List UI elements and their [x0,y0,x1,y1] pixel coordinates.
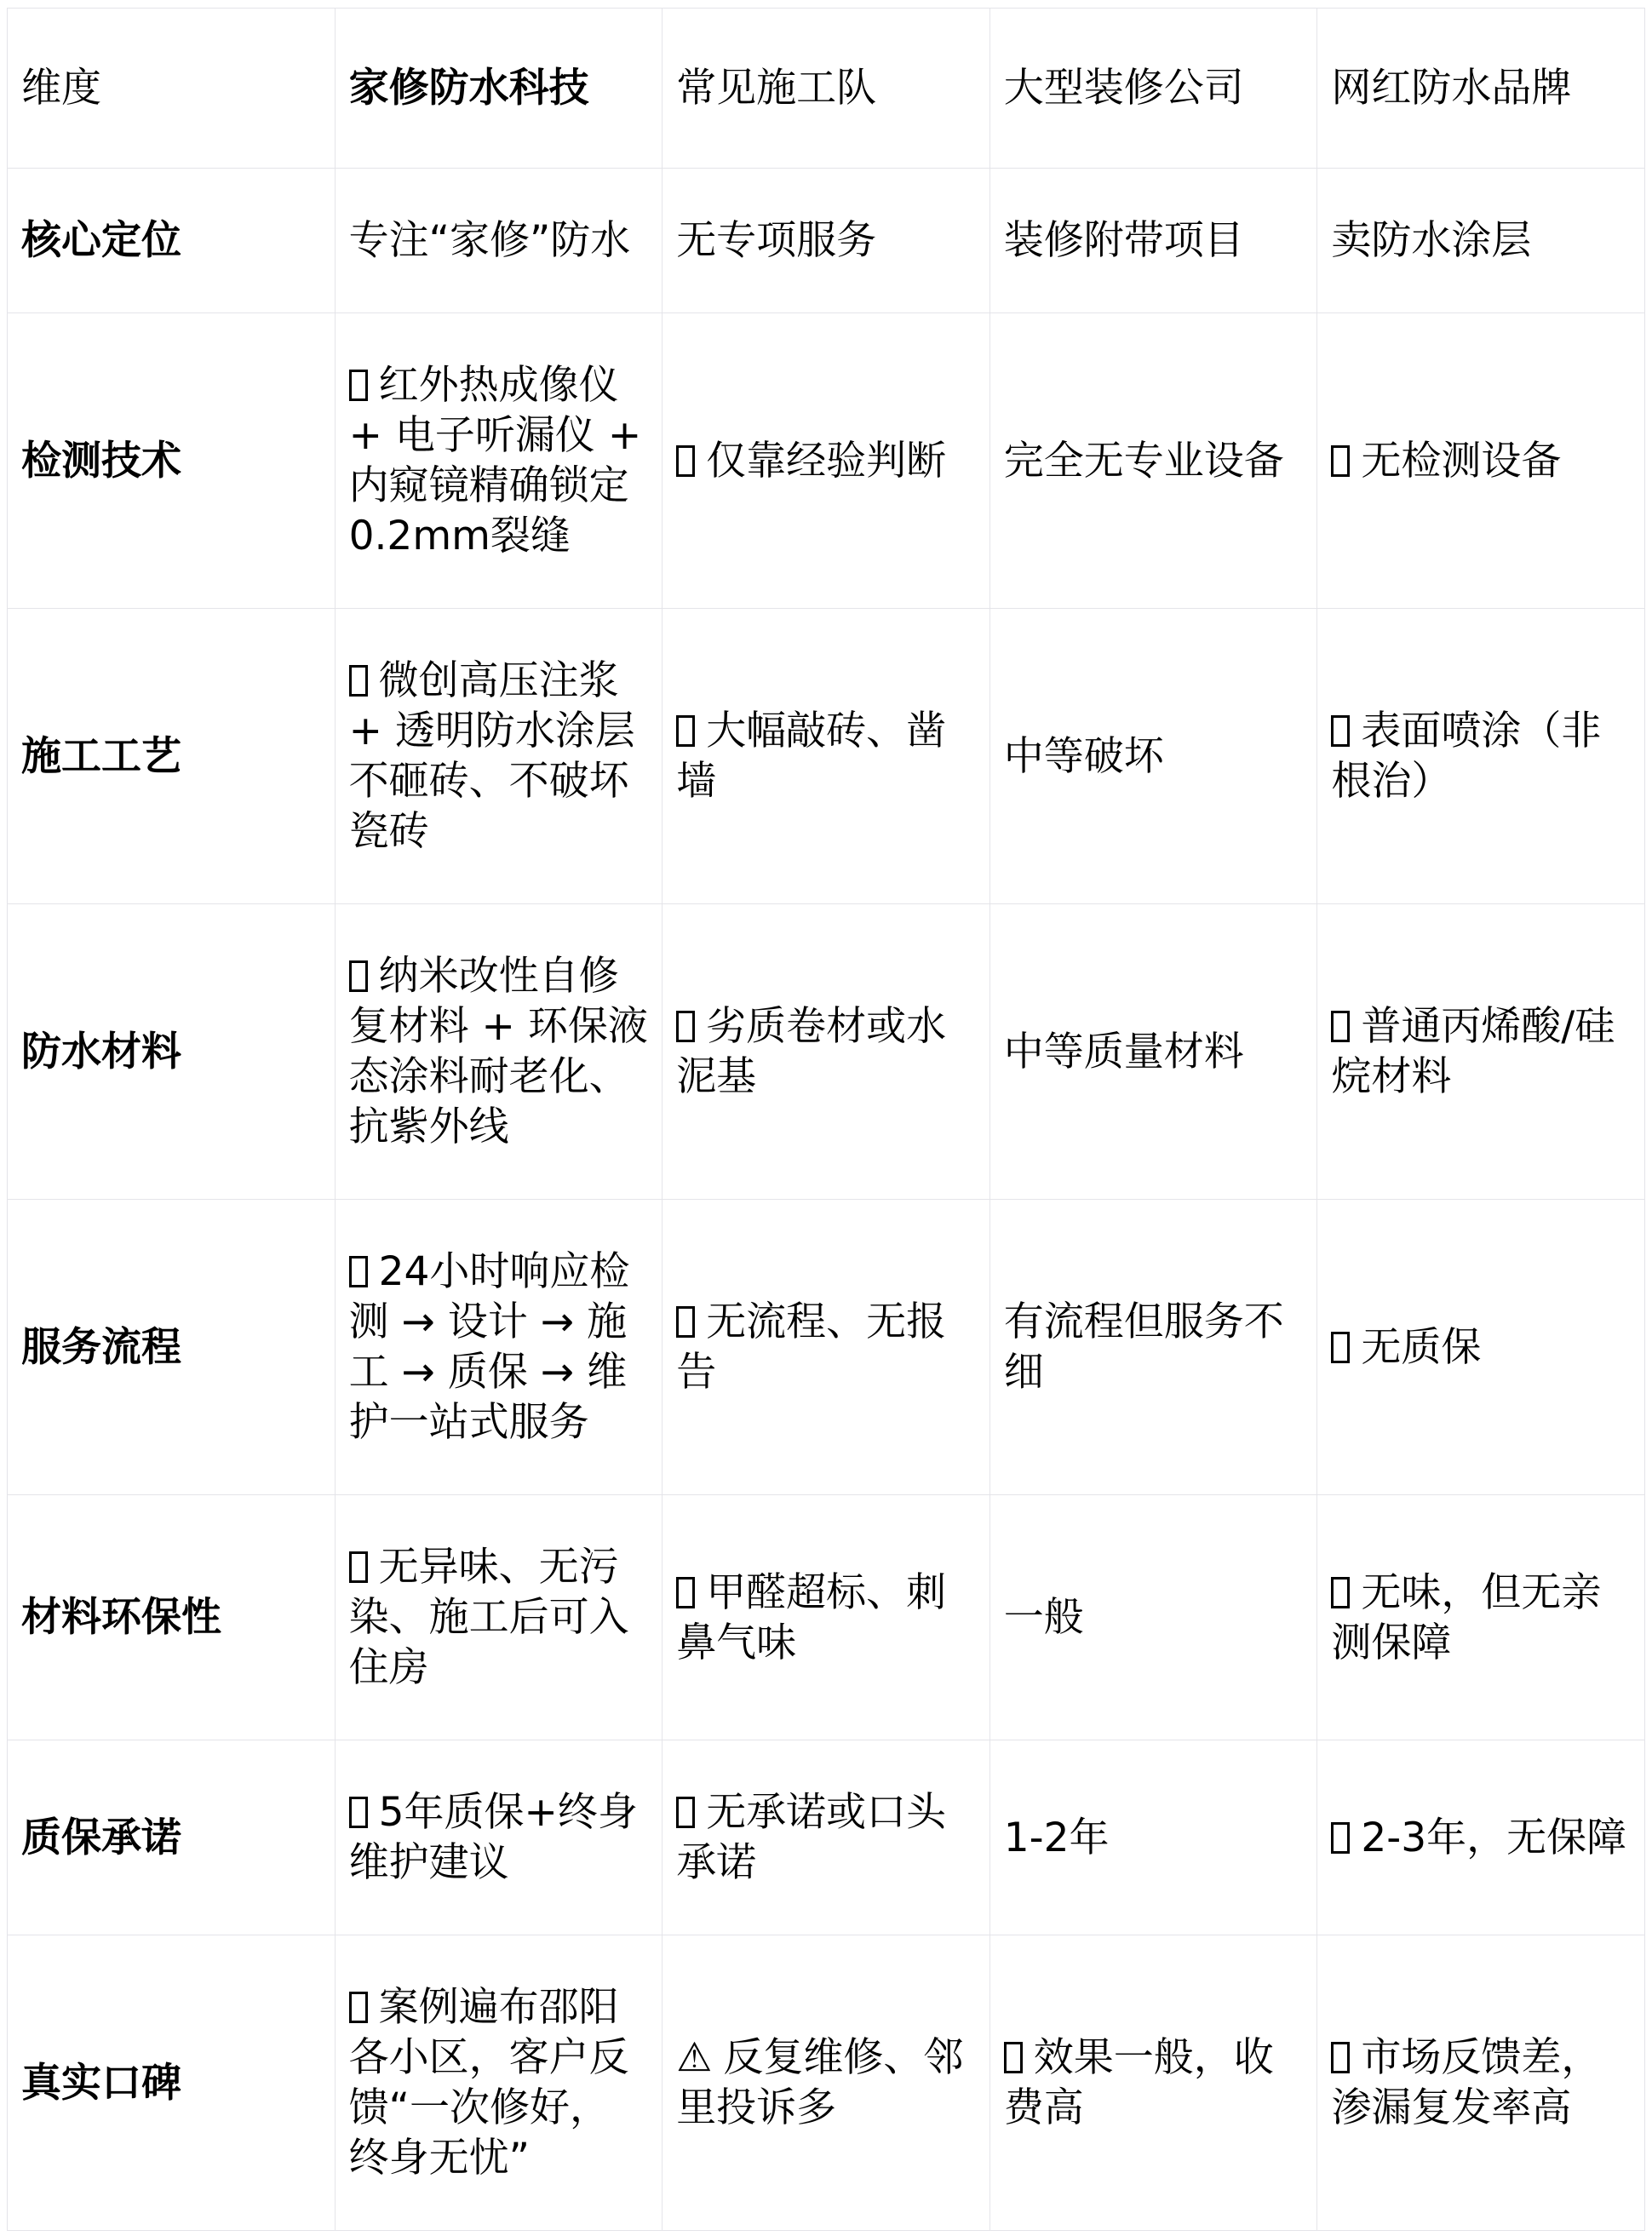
table-row: 材料环保性无异味、无污染、施工后可入住房甲醛超标、刺鼻气味一般无味，但无亲测保障 [8,1495,1645,1740]
cell-text: 红外热成像仪 + 电子听漏仪 + 内窥镜精确锁定0.2mm裂缝 [349,362,642,559]
cell-text: 普通丙烯酸/硅烷材料 [1331,1003,1615,1100]
cell-text: 市场反馈差，渗漏复发率高 [1331,2034,1601,2131]
missing-glyph-icon [676,1797,695,1828]
cell: 2-3年，无保障 [1317,1740,1645,1935]
missing-glyph-icon [349,1256,368,1287]
cell-text: 装修附带项目 [1004,217,1244,264]
cell: 完全无专业设备 [989,313,1317,609]
missing-glyph-icon [349,1992,368,2023]
cell: 中等破坏 [989,609,1317,904]
row-label: 核心定位 [8,169,336,313]
cell: 无专项服务 [663,169,990,313]
row-label: 检测技术 [8,313,336,609]
missing-glyph-icon [1331,1011,1350,1042]
missing-glyph-icon [676,715,695,747]
cell: 1-2年 [989,1740,1317,1935]
cell: 无异味、无污染、施工后可入住房 [335,1495,663,1740]
row-label-text: 防水材料 [21,1029,181,1075]
table-row: 施工工艺微创高压注浆 + 透明防水涂层不砸砖、不破坏瓷砖大幅敲砖、凿墙中等破坏表… [8,609,1645,904]
missing-glyph-icon [349,665,368,697]
missing-glyph-icon [1331,1822,1350,1854]
cell-text: 甲醛超标、刺鼻气味 [676,1569,946,1666]
warning-icon: ⚠ [676,2034,712,2081]
cell-text: 无异味、无污染、施工后可入住房 [349,1544,629,1691]
cell: 无检测设备 [1317,313,1645,609]
column-header-label: 常见施工队 [676,65,876,112]
missing-glyph-icon [349,1551,368,1583]
row-label: 施工工艺 [8,609,336,904]
missing-glyph-icon [676,1306,695,1338]
cell: 装修附带项目 [989,169,1317,313]
cell: 纳米改性自修复材料 + 环保液态涂料耐老化、抗紫外线 [335,904,663,1200]
row-label-text: 真实口碑 [21,2060,181,2107]
cell: 无质保 [1317,1200,1645,1495]
cell: 卖防水涂层 [1317,169,1645,313]
cell-text: 无流程、无报告 [676,1299,946,1396]
missing-glyph-icon [1331,2042,1350,2073]
missing-glyph-icon [676,445,695,477]
cell-text: 无检测设备 [1361,438,1561,484]
cell: 无流程、无报告 [663,1200,990,1495]
table-row: 质保承诺5年质保+终身维护建议无承诺或口头承诺1-2年2-3年，无保障 [8,1740,1645,1935]
page: 维度家修防水科技常见施工队大型装修公司网红防水品牌 核心定位专注“家修”防水无专… [0,0,1652,2236]
missing-glyph-icon [349,1797,368,1828]
column-header-label: 维度 [21,65,101,112]
row-label: 质保承诺 [8,1740,336,1935]
header-row: 维度家修防水科技常见施工队大型装修公司网红防水品牌 [8,9,1645,169]
column-header-1: 家修防水科技 [335,9,663,169]
cell-text: 表面喷涂（非根治） [1331,708,1601,805]
cell: 大幅敲砖、凿墙 [663,609,990,904]
cell: 无承诺或口头承诺 [663,1740,990,1935]
cell: 一般 [989,1495,1317,1740]
cell-text: 1-2年 [1004,1815,1110,1861]
cell-text: 2-3年，无保障 [1361,1815,1626,1861]
cell-text: 5年质保+终身维护建议 [349,1789,638,1886]
table-row: 真实口碑案例遍布邵阳各小区，客户反馈“一次修好，终身无忧”⚠反复维修、邻里投诉多… [8,1935,1645,2231]
row-label-text: 材料环保性 [21,1594,221,1641]
table-row: 防水材料纳米改性自修复材料 + 环保液态涂料耐老化、抗紫外线劣质卷材或水泥基中等… [8,904,1645,1200]
row-label-text: 质保承诺 [21,1815,181,1861]
row-label-text: 核心定位 [21,217,181,264]
cell-text: 中等质量材料 [1004,1029,1244,1075]
cell-text: 案例遍布邵阳各小区，客户反馈“一次修好，终身无忧” [349,1984,629,2182]
cell-text: 中等破坏 [1004,733,1164,780]
column-header-2: 常见施工队 [663,9,990,169]
cell: 专注“家修”防水 [335,169,663,313]
missing-glyph-icon [349,960,368,992]
cell-text: 完全无专业设备 [1004,438,1284,484]
cell-text: 一般 [1004,1594,1084,1641]
cell: 效果一般，收费高 [989,1935,1317,2231]
cell-text: 无质保 [1361,1324,1481,1371]
cell-text: 专注“家修”防水 [349,217,631,264]
missing-glyph-icon [349,370,368,401]
cell: 甲醛超标、刺鼻气味 [663,1495,990,1740]
cell-text: 仅靠经验判断 [706,438,946,484]
cell-text: 无承诺或口头承诺 [676,1789,946,1886]
table-row: 服务流程24小时响应检测 → 设计 → 施工 → 质保 → 维护一站式服务无流程… [8,1200,1645,1495]
table-body: 核心定位专注“家修”防水无专项服务装修附带项目卖防水涂层检测技术红外热成像仪 +… [8,169,1645,2231]
missing-glyph-icon [1331,1332,1350,1363]
missing-glyph-icon [1331,715,1350,747]
table-row: 核心定位专注“家修”防水无专项服务装修附带项目卖防水涂层 [8,169,1645,313]
cell: 无味，但无亲测保障 [1317,1495,1645,1740]
column-header-label: 大型装修公司 [1004,65,1244,112]
missing-glyph-icon [676,1011,695,1042]
row-label-text: 服务流程 [21,1324,181,1371]
row-label: 防水材料 [8,904,336,1200]
column-header-label: 网红防水品牌 [1331,65,1571,112]
cell: 市场反馈差，渗漏复发率高 [1317,1935,1645,2231]
cell-text: 效果一般，收费高 [1004,2034,1274,2131]
cell: 表面喷涂（非根治） [1317,609,1645,904]
cell: 有流程但服务不细 [989,1200,1317,1495]
row-label: 服务流程 [8,1200,336,1495]
cell: ⚠反复维修、邻里投诉多 [663,1935,990,2231]
row-label-text: 检测技术 [21,438,181,484]
cell-text: 无专项服务 [676,217,876,264]
cell-text: 大幅敲砖、凿墙 [676,708,946,805]
missing-glyph-icon [1331,445,1350,477]
comparison-table: 维度家修防水科技常见施工队大型装修公司网红防水品牌 核心定位专注“家修”防水无专… [7,8,1645,2231]
cell: 红外热成像仪 + 电子听漏仪 + 内窥镜精确锁定0.2mm裂缝 [335,313,663,609]
cell: 案例遍布邵阳各小区，客户反馈“一次修好，终身无忧” [335,1935,663,2231]
cell-text: 反复维修、邻里投诉多 [676,2034,963,2131]
cell-text: 微创高压注浆 + 透明防水涂层不砸砖、不破坏瓷砖 [349,657,635,855]
cell: 24小时响应检测 → 设计 → 施工 → 质保 → 维护一站式服务 [335,1200,663,1495]
cell: 微创高压注浆 + 透明防水涂层不砸砖、不破坏瓷砖 [335,609,663,904]
cell: 中等质量材料 [989,904,1317,1200]
cell-text: 纳米改性自修复材料 + 环保液态涂料耐老化、抗紫外线 [349,953,648,1150]
cell: 劣质卷材或水泥基 [663,904,990,1200]
missing-glyph-icon [676,1577,695,1608]
column-header-0: 维度 [8,9,336,169]
missing-glyph-icon [1331,1577,1350,1608]
missing-glyph-icon [1004,2042,1023,2073]
cell-text: 无味，但无亲测保障 [1331,1569,1601,1666]
row-label: 真实口碑 [8,1935,336,2231]
cell-text: 劣质卷材或水泥基 [676,1003,946,1100]
cell-text: 24小时响应检测 → 设计 → 施工 → 质保 → 维护一站式服务 [349,1248,630,1446]
column-header-label: 家修防水科技 [349,65,589,112]
cell: 5年质保+终身维护建议 [335,1740,663,1935]
row-label: 材料环保性 [8,1495,336,1740]
cell-text: 有流程但服务不细 [1004,1299,1284,1396]
table-row: 检测技术红外热成像仪 + 电子听漏仪 + 内窥镜精确锁定0.2mm裂缝仅靠经验判… [8,313,1645,609]
column-header-4: 网红防水品牌 [1317,9,1645,169]
row-label-text: 施工工艺 [21,733,181,780]
cell: 仅靠经验判断 [663,313,990,609]
cell: 普通丙烯酸/硅烷材料 [1317,904,1645,1200]
cell-text: 卖防水涂层 [1331,217,1531,264]
column-header-3: 大型装修公司 [989,9,1317,169]
